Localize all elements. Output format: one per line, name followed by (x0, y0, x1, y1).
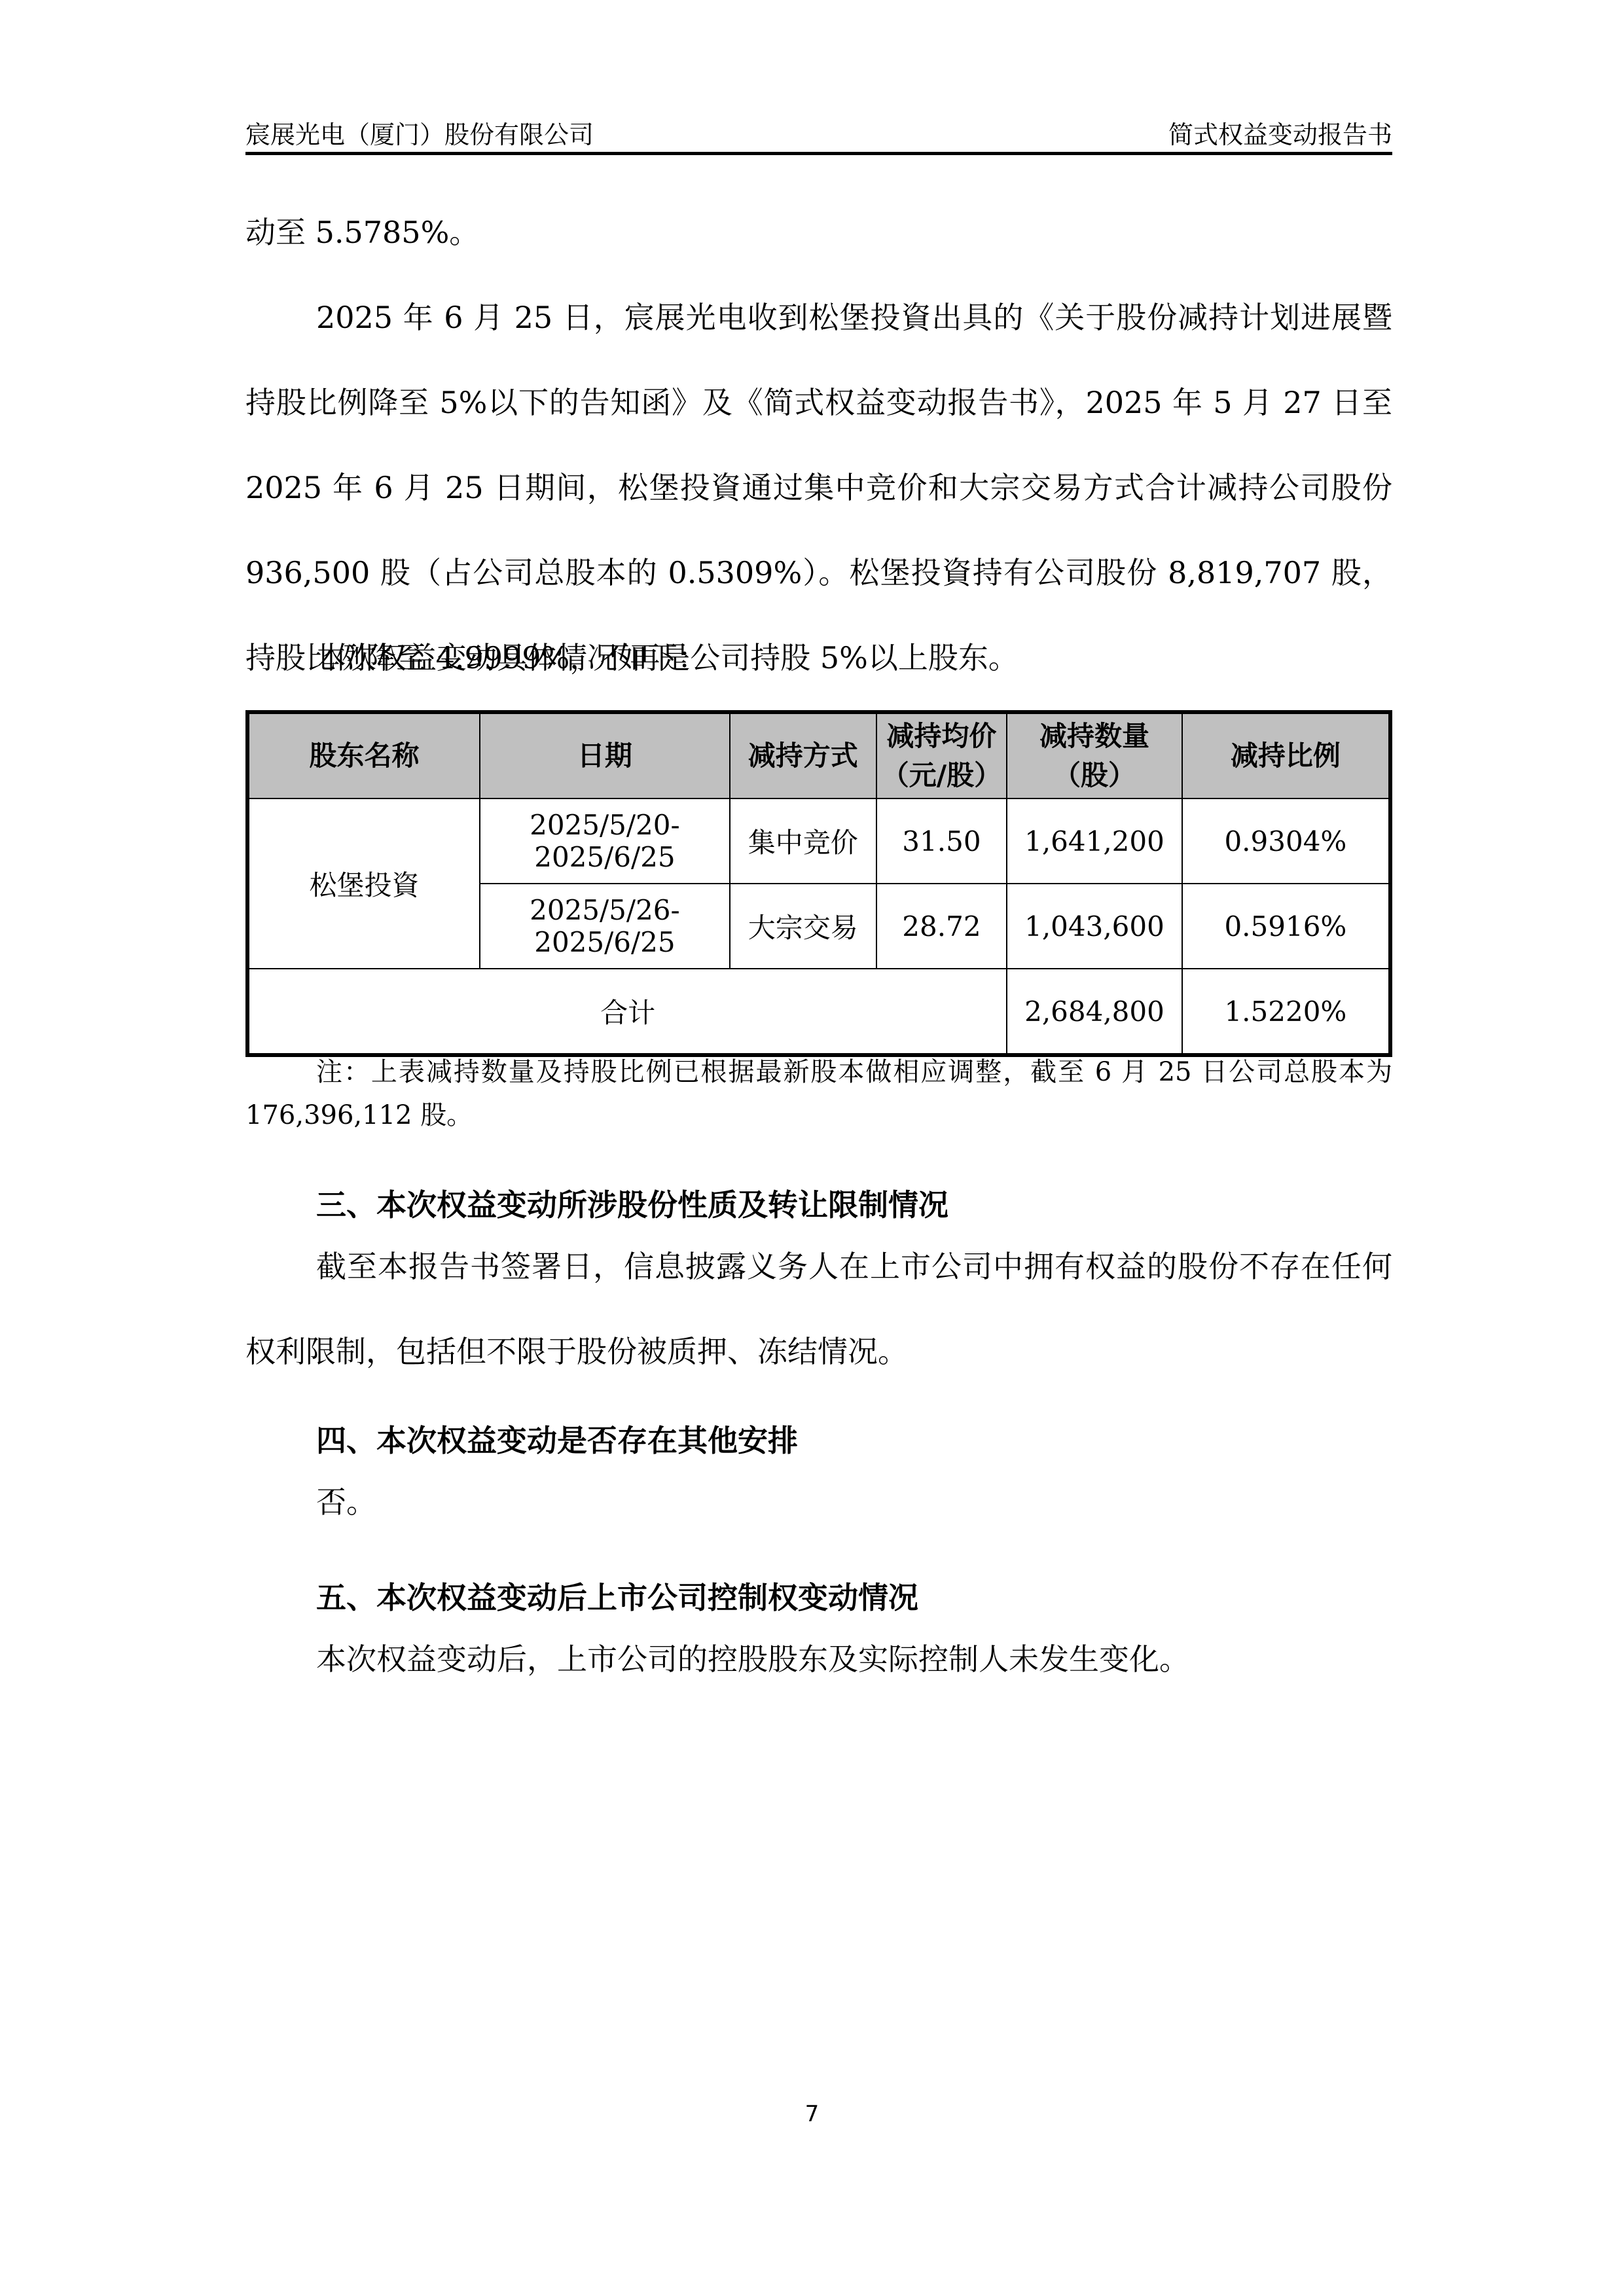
section-5-body: 本次权益变动后，上市公司的控股股东及实际控制人未发生变化。 (245, 1617, 1392, 1702)
cell-total-ratio: 1.5220% (1182, 969, 1390, 1055)
col-holder: 股东名称 (247, 712, 480, 798)
col-method: 减持方式 (730, 712, 876, 798)
section-3-body: 截至本报告书签署日，信息披露义务人在上市公司中拥有权益的股份不存在任何权利限制，… (245, 1224, 1392, 1394)
cell-price: 28.72 (876, 884, 1007, 969)
table-row: 松堡投資 2025/5/20-2025/6/25 集中竞价 31.50 1,64… (247, 798, 1390, 884)
section-5-title: 五、本次权益变动后上市公司控制权变动情况 (316, 1574, 918, 1617)
cell-method: 集中竞价 (730, 798, 876, 884)
cell-ratio: 0.9304% (1182, 798, 1390, 884)
cell-price: 31.50 (876, 798, 1007, 884)
cell-qty: 1,043,600 (1007, 884, 1182, 969)
table-total-row: 合计 2,684,800 1.5220% (247, 969, 1390, 1055)
cell-ratio: 0.5916% (1182, 884, 1390, 969)
section-4-body: 否。 (245, 1460, 1392, 1545)
section-4-title: 四、本次权益变动是否存在其他安排 (316, 1417, 798, 1460)
table-header-row: 股东名称 日期 减持方式 减持均价（元/股） 减持数量（股） 减持比例 (247, 712, 1390, 798)
cell-method: 大宗交易 (730, 884, 876, 969)
cell-holder: 松堡投資 (247, 798, 480, 969)
col-date: 日期 (480, 712, 730, 798)
cell-date: 2025/5/26-2025/6/25 (480, 884, 730, 969)
page-number: 7 (0, 2101, 1624, 2127)
cell-total-qty: 2,684,800 (1007, 969, 1182, 1055)
col-ratio: 减持比例 (1182, 712, 1390, 798)
cell-qty: 1,641,200 (1007, 798, 1182, 884)
col-price: 减持均价（元/股） (876, 712, 1007, 798)
section-3-title: 三、本次权益变动所涉股份性质及转让限制情况 (316, 1181, 948, 1225)
cell-total-label: 合计 (247, 969, 1007, 1055)
header-company: 宸展光电（厦门）股份有限公司 (245, 115, 594, 151)
page-header: 宸展光电（厦门）股份有限公司 简式权益变动报告书 (245, 111, 1392, 155)
paragraph-table-intro: 本次权益变动具体情况如下： (245, 615, 1392, 700)
cell-date: 2025/5/20-2025/6/25 (480, 798, 730, 884)
table-note: 注：上表减持数量及持股比例已根据最新股本做相应调整，截至 6 月 25 日公司总… (245, 1050, 1392, 1137)
reduction-table: 股东名称 日期 减持方式 减持均价（元/股） 减持数量（股） 减持比例 松堡投資… (245, 710, 1392, 1057)
header-doc-title: 简式权益变动报告书 (1168, 115, 1392, 151)
col-qty: 减持数量（股） (1007, 712, 1182, 798)
paragraph-continuation: 动至 5.5785%。 (245, 190, 1392, 275)
